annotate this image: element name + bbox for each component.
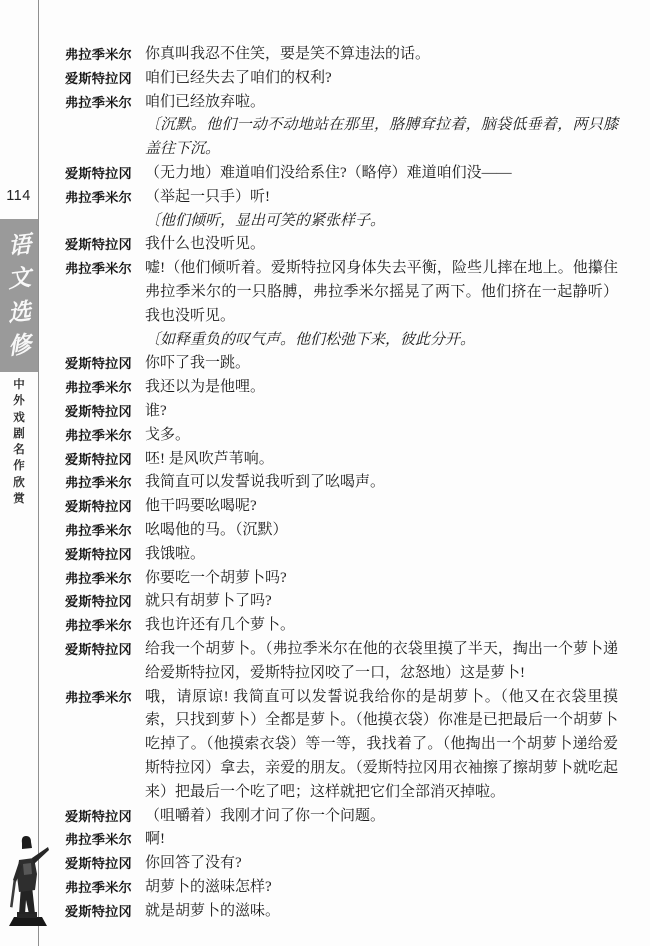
page-number: 114 xyxy=(3,188,34,204)
statue-icon xyxy=(5,834,51,932)
speaker-name: 爱斯特拉冈 xyxy=(65,233,145,257)
dialogue-text: 呸! 是风吹芦苇响。 xyxy=(145,448,618,472)
dialogue-row: 爱斯特拉冈呸! 是风吹芦苇响。 xyxy=(65,448,618,472)
subtitle-char: 外 xyxy=(13,393,25,409)
dialogue-text: 你要吃一个胡萝卜吗? xyxy=(145,567,618,591)
speaker-name: 弗拉季米尔 xyxy=(65,686,145,805)
left-margin-rule xyxy=(38,0,39,946)
dialogue-text: 你回答了没有? xyxy=(145,852,618,876)
dialogue-row: 爱斯特拉冈（咀嚼着）我刚才问了你一个问题。 xyxy=(65,805,618,829)
speaker-name xyxy=(65,329,145,353)
speaker-name: 爱斯特拉冈 xyxy=(65,805,145,829)
dialogue-text: 嘘!（他们倾听着。爱斯特拉冈身体失去平衡，险些儿摔在地上。他攥住弗拉季米尔的一只… xyxy=(145,257,618,328)
dialogue-row: 弗拉季米尔嘘!（他们倾听着。爱斯特拉冈身体失去平衡，险些儿摔在地上。他攥住弗拉季… xyxy=(65,257,618,328)
dialogue-row: 弗拉季米尔我还以为是他哩。 xyxy=(65,376,618,400)
speaker-name xyxy=(65,210,145,234)
speaker-name: 弗拉季米尔 xyxy=(65,376,145,400)
speaker-name: 爱斯特拉冈 xyxy=(65,495,145,519)
dialogue-row: 弗拉季米尔我也许还有几个萝卜。 xyxy=(65,614,618,638)
dialogue-area: 弗拉季米尔你真叫我忍不住笑，要是笑不算违法的话。爱斯特拉冈咱们已经失去了咱们的权… xyxy=(65,43,618,923)
series-title-char: 选 xyxy=(7,299,31,325)
dialogue-text: （举起一只手）听! xyxy=(145,186,618,210)
speaker-name xyxy=(65,114,145,162)
subtitle-char: 欣 xyxy=(13,475,25,491)
dialogue-row: 爱斯特拉冈咱们已经失去了咱们的权利? xyxy=(65,67,618,91)
dialogue-text: 吆喝他的马。（沉默） xyxy=(145,519,618,543)
dialogue-row: 弗拉季米尔啊! xyxy=(65,828,618,852)
dialogue-text: 我什么也没听见。 xyxy=(145,233,618,257)
dialogue-row: 爱斯特拉冈给我一个胡萝卜。（弗拉季米尔在他的衣袋里摸了半天，掏出一个萝卜递给爱斯… xyxy=(65,638,618,686)
speaker-name: 爱斯特拉冈 xyxy=(65,638,145,686)
series-title-char: 文 xyxy=(7,266,31,292)
speaker-name: 弗拉季米尔 xyxy=(65,471,145,495)
speaker-name: 弗拉季米尔 xyxy=(65,567,145,591)
speaker-name: 弗拉季米尔 xyxy=(65,876,145,900)
dialogue-text: 谁? xyxy=(145,400,618,424)
subtitle-char: 中 xyxy=(13,377,25,393)
dialogue-row: 爱斯特拉冈他干吗要吆喝呢? xyxy=(65,495,618,519)
dialogue-row: 弗拉季米尔你真叫我忍不住笑，要是笑不算违法的话。 xyxy=(65,43,618,67)
dialogue-text: 你吓了我一跳。 xyxy=(145,352,618,376)
stage-direction-text: 〔他们倾听，显出可笑的紧张样子。 xyxy=(145,210,618,234)
dialogue-text: 哦，请原谅! 我简直可以发誓说我给你的是胡萝卜。（他又在衣袋里摸索，只找到萝卜）… xyxy=(145,686,618,805)
dialogue-row: 爱斯特拉冈（无力地）难道咱们没给系住?（略停）难道咱们没—— xyxy=(65,162,618,186)
dialogue-text: 啊! xyxy=(145,828,618,852)
speaker-name: 弗拉季米尔 xyxy=(65,43,145,67)
dialogue-row: 爱斯特拉冈就是胡萝卜的滋味。 xyxy=(65,900,618,924)
dialogue-text: 咱们已经放弃啦。 xyxy=(145,91,618,115)
speaker-name: 弗拉季米尔 xyxy=(65,257,145,328)
dialogue-row: 爱斯特拉冈我什么也没听见。 xyxy=(65,233,618,257)
subtitle-char: 剧 xyxy=(13,426,25,442)
dialogue-row: 爱斯特拉冈我饿啦。 xyxy=(65,543,618,567)
stage-direction-text: 〔如释重负的叹气声。他们松弛下来，彼此分开。 xyxy=(145,329,618,353)
book-page: 114 语文选修 中外戏剧名作欣赏 弗拉季米尔你真叫我忍不住笑，要是笑不算违法的… xyxy=(0,0,650,946)
dialogue-row: 弗拉季米尔我简直可以发誓说我听到了吆喝声。 xyxy=(65,471,618,495)
dialogue-text: 戈多。 xyxy=(145,424,618,448)
stage-direction-row: 〔沉默。他们一动不动地站在那里，胳膊耷拉着，脑袋低垂着，两只膝盖往下沉。 xyxy=(65,114,618,162)
stage-direction-row: 〔他们倾听，显出可笑的紧张样子。 xyxy=(65,210,618,234)
speaker-name: 爱斯特拉冈 xyxy=(65,590,145,614)
dialogue-row: 弗拉季米尔戈多。 xyxy=(65,424,618,448)
speaker-name: 弗拉季米尔 xyxy=(65,519,145,543)
dialogue-row: 弗拉季米尔（举起一只手）听! xyxy=(65,186,618,210)
speaker-name: 爱斯特拉冈 xyxy=(65,543,145,567)
dialogue-row: 弗拉季米尔吆喝他的马。（沉默） xyxy=(65,519,618,543)
dialogue-text: （无力地）难道咱们没给系住?（略停）难道咱们没—— xyxy=(145,162,618,186)
speaker-name: 爱斯特拉冈 xyxy=(65,852,145,876)
speaker-name: 弗拉季米尔 xyxy=(65,91,145,115)
subtitle-char: 作 xyxy=(13,458,25,474)
book-subtitle-vertical: 中外戏剧名作欣赏 xyxy=(0,377,38,507)
dialogue-row: 弗拉季米尔咱们已经放弃啦。 xyxy=(65,91,618,115)
series-title-char: 语 xyxy=(7,233,31,259)
dialogue-text: 我也许还有几个萝卜。 xyxy=(145,614,618,638)
speaker-name: 爱斯特拉冈 xyxy=(65,448,145,472)
subtitle-char: 名 xyxy=(13,442,25,458)
speaker-name: 弗拉季米尔 xyxy=(65,614,145,638)
series-title-char: 修 xyxy=(7,332,31,358)
subtitle-char: 赏 xyxy=(13,491,25,507)
speaker-name: 弗拉季米尔 xyxy=(65,424,145,448)
dialogue-text: 我饿啦。 xyxy=(145,543,618,567)
subtitle-char: 戏 xyxy=(13,410,25,426)
speaker-name: 爱斯特拉冈 xyxy=(65,400,145,424)
dialogue-row: 爱斯特拉冈你回答了没有? xyxy=(65,852,618,876)
dialogue-row: 弗拉季米尔你要吃一个胡萝卜吗? xyxy=(65,567,618,591)
dialogue-text: 咱们已经失去了咱们的权利? xyxy=(145,67,618,91)
dialogue-row: 爱斯特拉冈就只有胡萝卜了吗? xyxy=(65,590,618,614)
dialogue-text: 我简直可以发誓说我听到了吆喝声。 xyxy=(145,471,618,495)
dialogue-row: 弗拉季米尔哦，请原谅! 我简直可以发誓说我给你的是胡萝卜。（他又在衣袋里摸索，只… xyxy=(65,686,618,805)
series-title-banner: 语文选修 xyxy=(0,219,38,372)
dialogue-text: （咀嚼着）我刚才问了你一个问题。 xyxy=(145,805,618,829)
speaker-name: 爱斯特拉冈 xyxy=(65,352,145,376)
dialogue-text: 给我一个胡萝卜。（弗拉季米尔在他的衣袋里摸了半天，掏出一个萝卜递给爱斯特拉冈，爱… xyxy=(145,638,618,686)
speaker-name: 爱斯特拉冈 xyxy=(65,900,145,924)
stage-direction-row: 〔如释重负的叹气声。他们松弛下来，彼此分开。 xyxy=(65,329,618,353)
speaker-name: 弗拉季米尔 xyxy=(65,186,145,210)
dialogue-text: 你真叫我忍不住笑，要是笑不算违法的话。 xyxy=(145,43,618,67)
dialogue-text: 我还以为是他哩。 xyxy=(145,376,618,400)
dialogue-row: 爱斯特拉冈谁? xyxy=(65,400,618,424)
dialogue-text: 就是胡萝卜的滋味。 xyxy=(145,900,618,924)
speaker-name: 爱斯特拉冈 xyxy=(65,67,145,91)
dialogue-text: 就只有胡萝卜了吗? xyxy=(145,590,618,614)
dialogue-text: 胡萝卜的滋味怎样? xyxy=(145,876,618,900)
stage-direction-text: 〔沉默。他们一动不动地站在那里，胳膊耷拉着，脑袋低垂着，两只膝盖往下沉。 xyxy=(145,114,618,162)
dialogue-row: 爱斯特拉冈你吓了我一跳。 xyxy=(65,352,618,376)
dialogue-text: 他干吗要吆喝呢? xyxy=(145,495,618,519)
speaker-name: 爱斯特拉冈 xyxy=(65,162,145,186)
speaker-name: 弗拉季米尔 xyxy=(65,828,145,852)
dialogue-row: 弗拉季米尔胡萝卜的滋味怎样? xyxy=(65,876,618,900)
